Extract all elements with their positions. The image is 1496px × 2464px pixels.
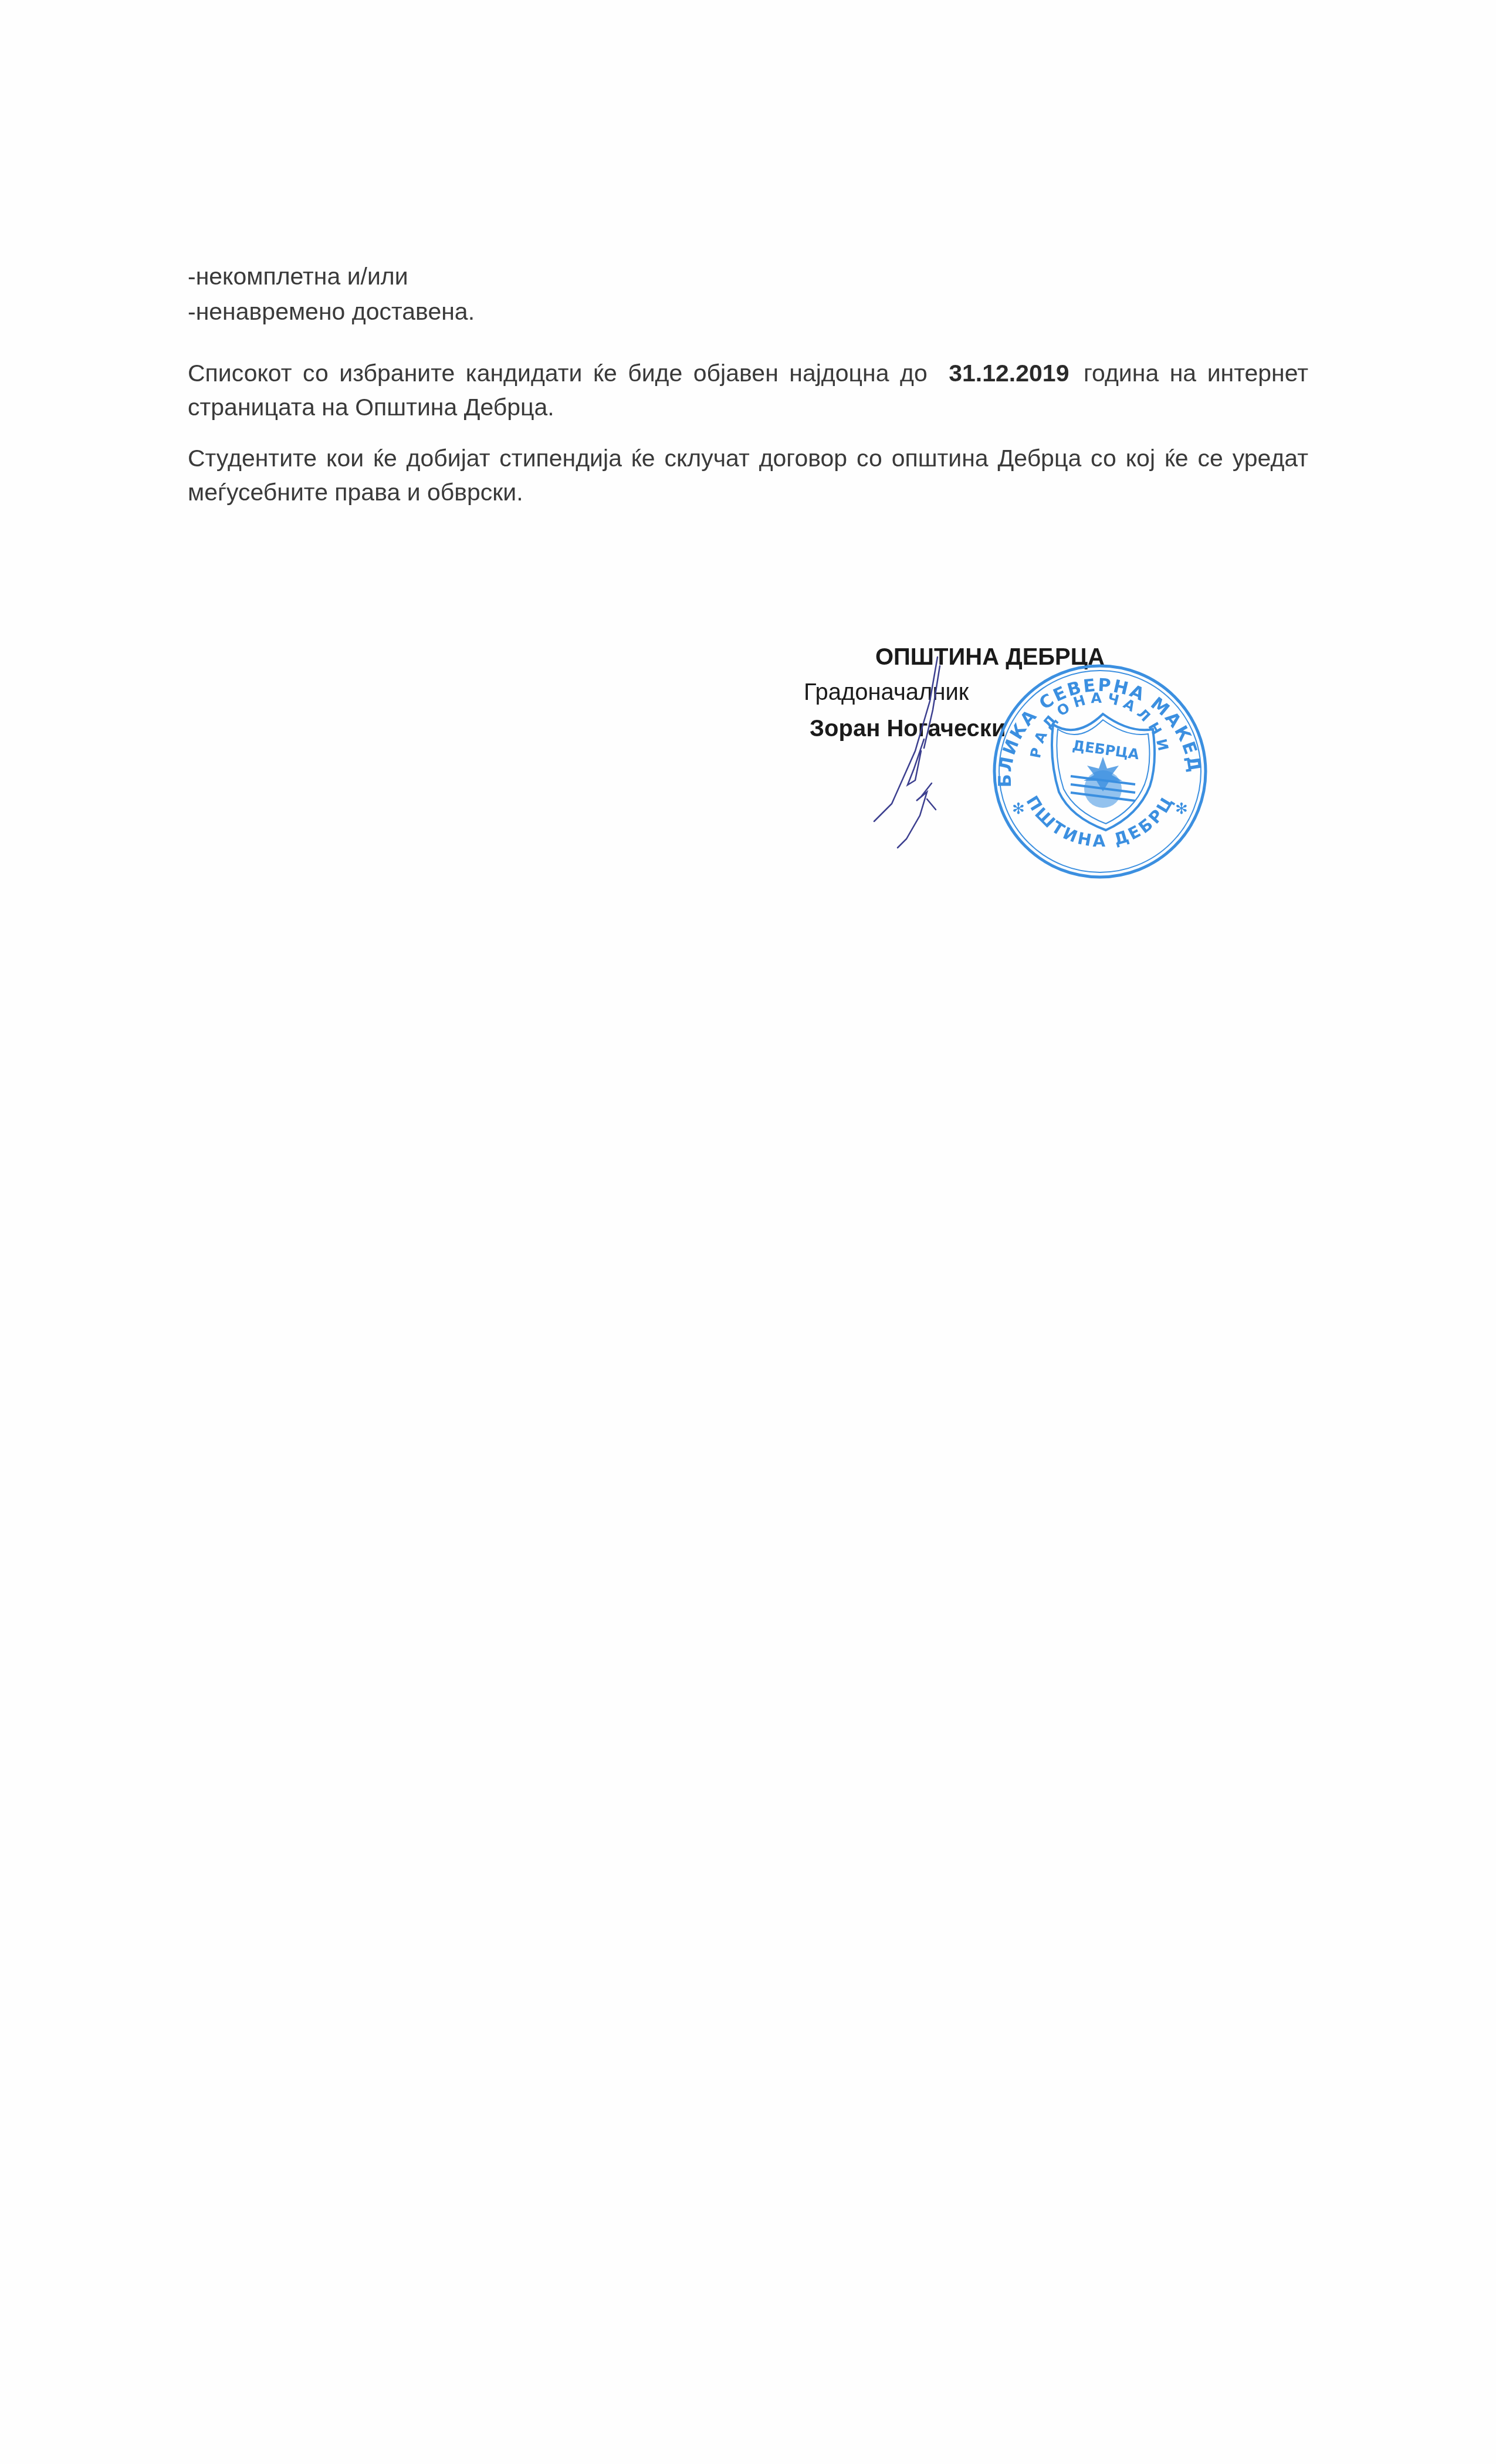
deadline-date: 31.12.2019 [949, 360, 1069, 387]
svg-text:✻: ✻ [1175, 800, 1188, 818]
handwritten-signature-icon [851, 645, 1027, 868]
paragraph-publication-notice: Списокот со избраните кандидати ќе биде … [188, 356, 1308, 424]
svg-text:ДЕБРЦА: ДЕБРЦА [1071, 737, 1140, 763]
paragraph-contract-notice: Студентите кои ќе добијат стипендија ќе … [188, 441, 1308, 509]
list-item: -ненавремено доставена. [188, 298, 475, 326]
list-item: -некомплетна и/или [188, 263, 408, 290]
paragraph-text: Списокот со избраните кандидати ќе биде … [188, 360, 928, 387]
document-page: -некомплетна и/или -ненавремено доставен… [0, 0, 1496, 2464]
